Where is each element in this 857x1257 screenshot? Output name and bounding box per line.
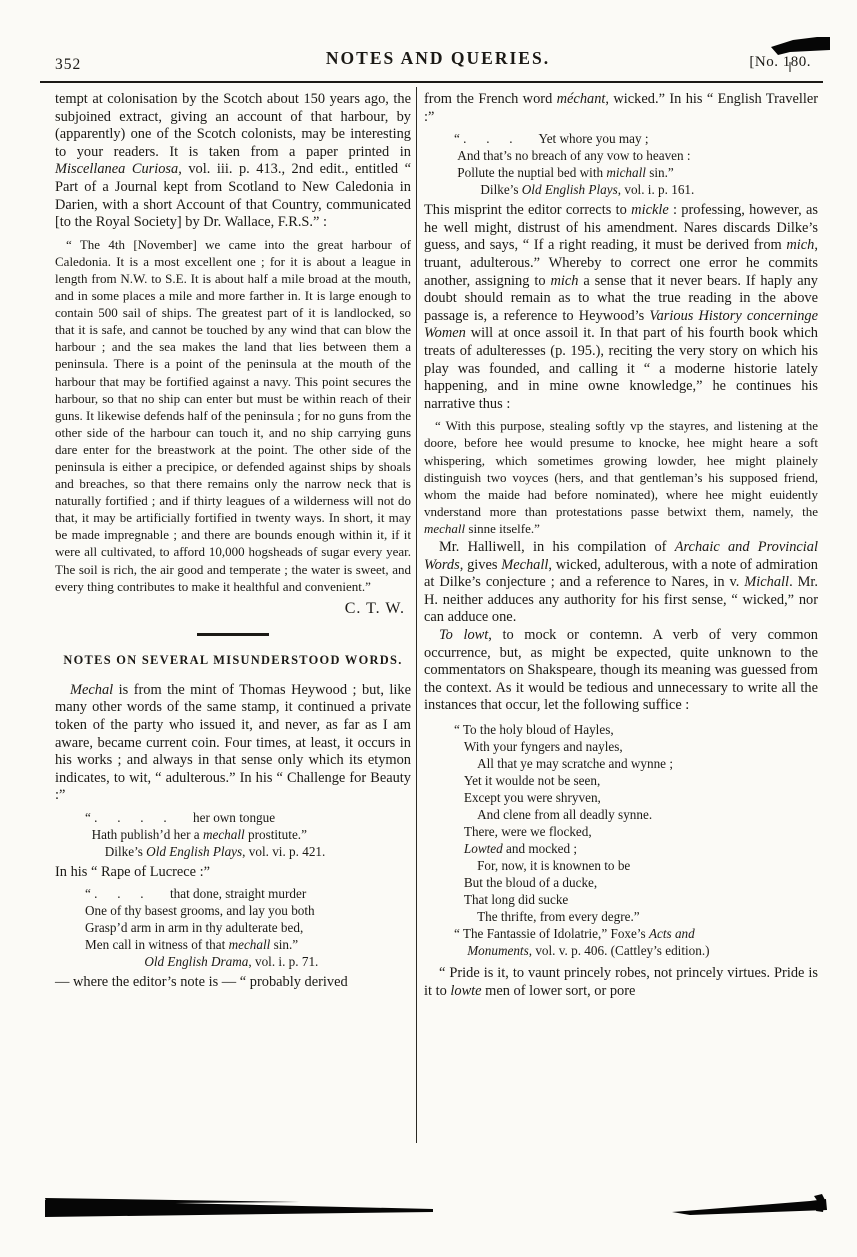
running-header: 352 NOTES AND QUERIES. [No. 180. (55, 46, 821, 80)
verse-quote-fantassie-of-idolatrie: “ To the holy bloud of Hayles, With your… (454, 721, 818, 959)
header-rule (40, 81, 823, 83)
paragraph-mechal: Mechal is from the mint of Thomas Heywoo… (55, 682, 411, 805)
paragraph-editors-note: — where the editor’s note is — “ probabl… (55, 974, 411, 992)
author-signature: C. T. W. (55, 600, 411, 618)
page-body: tempt at colonisation by the Scotch abou… (55, 91, 818, 1143)
verse-quote-rape-of-lucrece: “ . . . that done, straight murderOne of… (85, 885, 411, 970)
paragraph-halliwell: Mr. Halliwell, in his compilation of Arc… (424, 539, 818, 627)
scanned-journal-page: { "colors": { "paper": "#fbfaf6", "ink":… (0, 0, 857, 1257)
right-column: from the French word méchant, wicked.” I… (424, 91, 818, 1143)
issue-number: [No. 180. (749, 54, 811, 71)
column-rule (416, 87, 417, 1143)
verse-quote-challenge-for-beauty: “ . . . . her own tongue Hath publish’d … (85, 809, 411, 860)
paragraph-continuation: tempt at colonisation by the Scotch abou… (55, 91, 411, 232)
ink-bar-bottom (0, 1188, 857, 1233)
left-column: tempt at colonisation by the Scotch abou… (55, 91, 411, 1143)
section-heading: NOTES ON SEVERAL MISUNDERSTOOD WORDS. (55, 653, 411, 668)
page-title: NOTES AND QUERIES. (55, 48, 821, 69)
verse-quote-english-traveller: “ . . . Yet whore you may ; And that’s n… (454, 130, 818, 198)
paragraph-continuation: from the French word méchant, wicked.” I… (424, 91, 818, 126)
block-quote-journal-extract: “ The 4th [November] we came into the gr… (55, 236, 411, 595)
paragraph-to-lowt: To lowt, to mock or contemn. A verb of v… (424, 627, 818, 715)
paragraph-pride: “ Pride is it, to vaunt princely robes, … (424, 965, 818, 1000)
section-divider-rule (197, 633, 269, 636)
paragraph-rape-of-lucrece: In his “ Rape of Lucrece :” (55, 864, 411, 882)
paragraph-misprint: This misprint the editor corrects to mic… (424, 202, 818, 413)
block-quote-heywood-narrative: “ With this purpose, stealing softly vp … (424, 417, 818, 537)
